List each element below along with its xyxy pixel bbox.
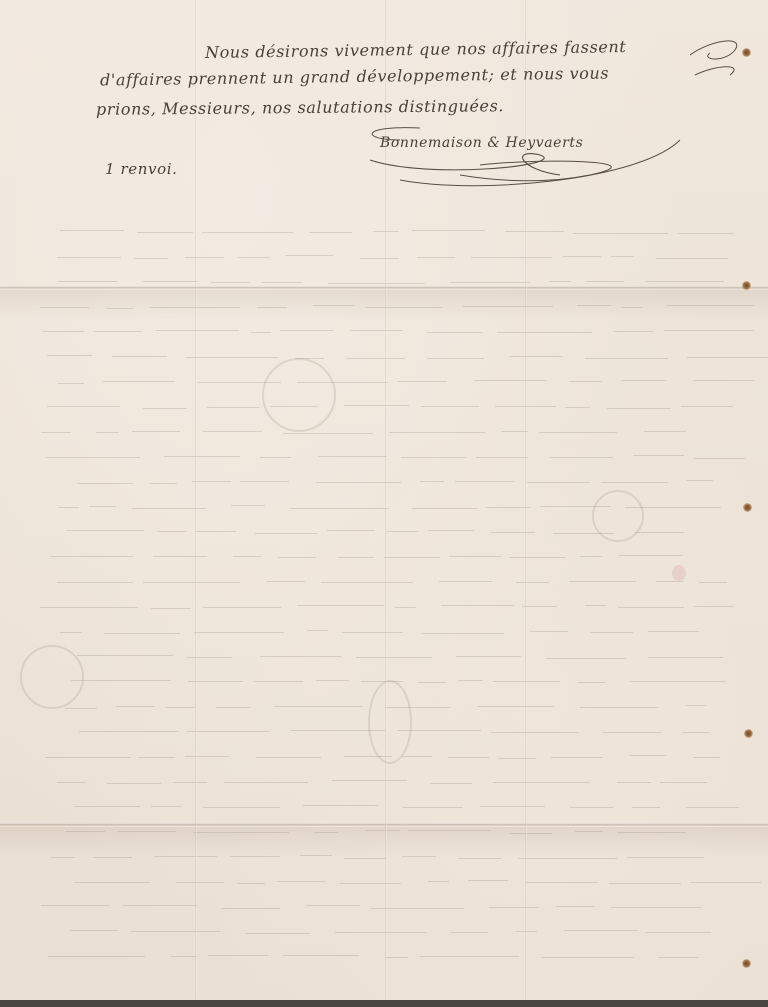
vertical-fold <box>195 0 197 1000</box>
margin-note: 1 renvoi. <box>105 160 178 178</box>
binding-hole <box>742 959 751 968</box>
scan-bottom-edge <box>0 1000 768 1007</box>
faint-red-mark <box>672 565 686 581</box>
binding-hole <box>743 503 752 512</box>
letter-line: prions, Messieurs, nos salutations disti… <box>96 96 504 119</box>
binding-hole <box>742 281 751 290</box>
fold-shadow <box>0 290 768 320</box>
faint-oval-stamp <box>368 680 412 764</box>
faint-stamp <box>592 490 644 542</box>
horizontal-fold <box>0 823 768 826</box>
letter-page: Nous désirons vivement que nos affaires … <box>0 0 768 1000</box>
faint-stamp <box>262 358 336 432</box>
binding-hole <box>744 729 753 738</box>
fold-shadow <box>0 827 768 857</box>
faint-stamp <box>20 645 84 709</box>
line-end-loop <box>690 35 750 80</box>
signature-flourish <box>340 120 700 200</box>
horizontal-fold <box>0 286 768 289</box>
